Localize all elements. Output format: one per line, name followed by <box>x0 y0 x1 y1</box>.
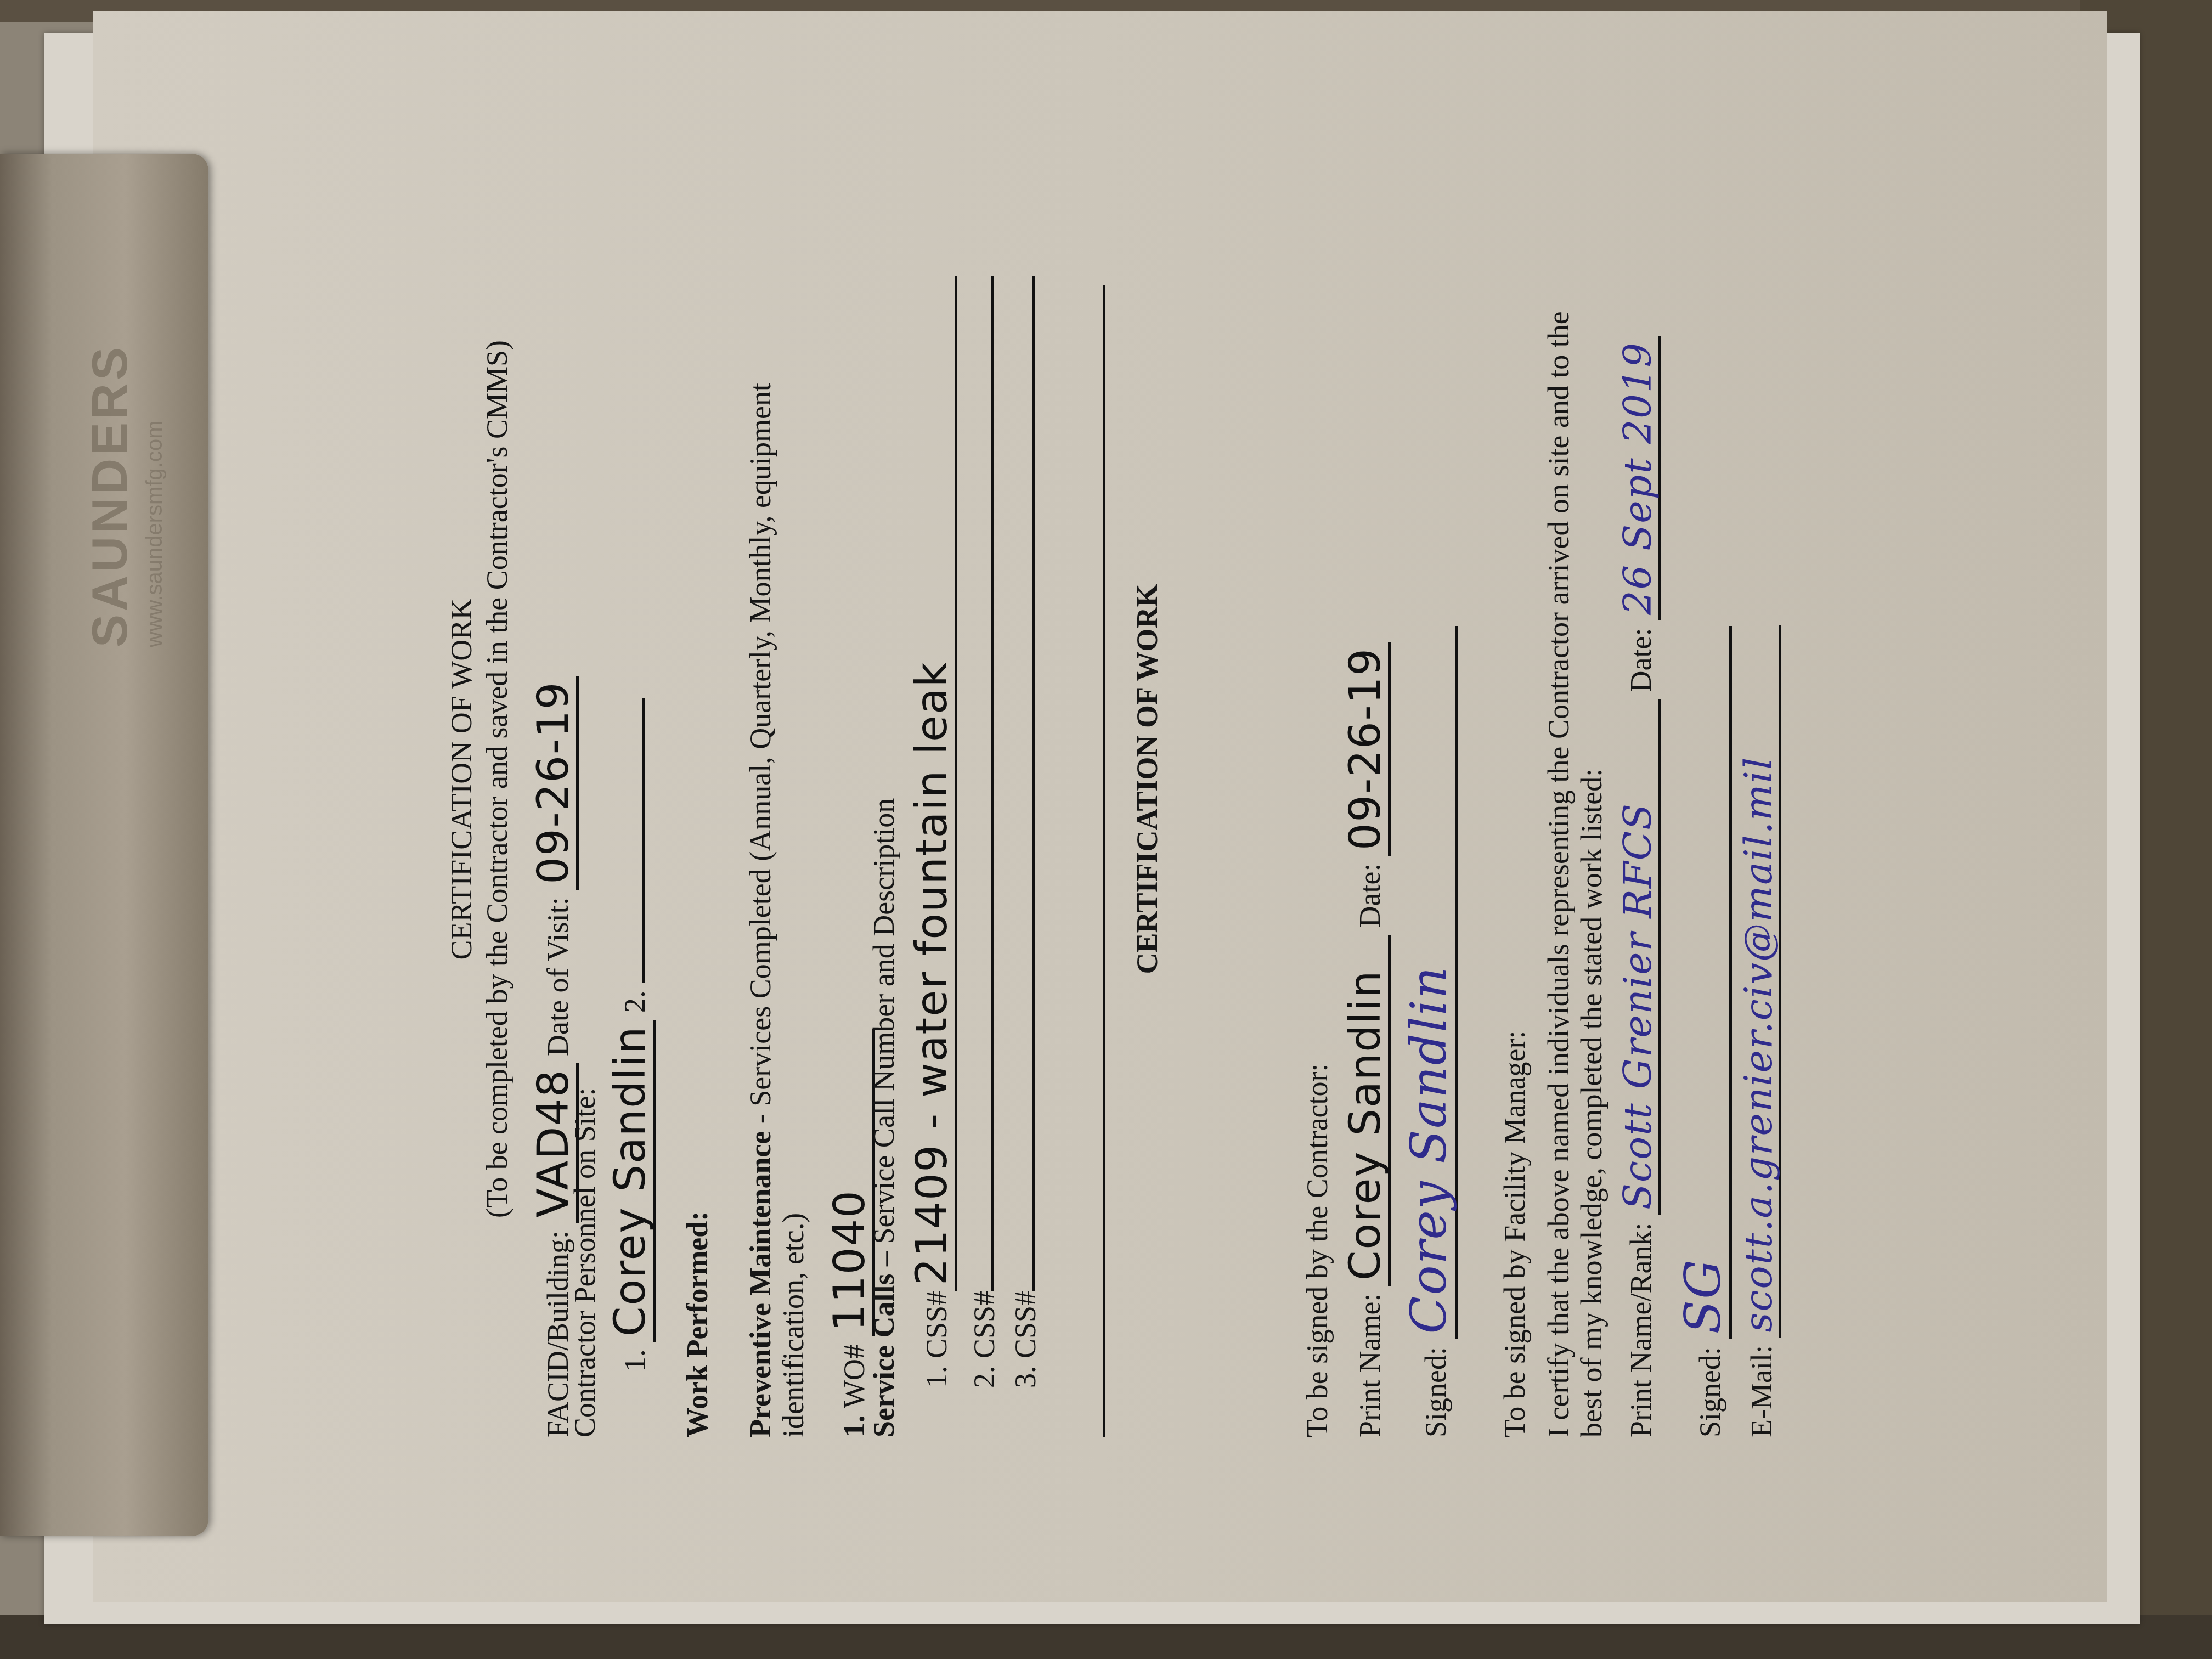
certification-form: CERTIFICATION OF WORK (To be completed b… <box>422 121 1904 1437</box>
form-subtitle: (To be completed by the Contractor and s… <box>480 121 514 1437</box>
contractor-heading: To be signed by the Contractor: <box>1300 1063 1334 1437</box>
contractor-signature[interactable]: Corey Sandlin <box>1404 626 1458 1339</box>
personnel-1-num: 1. <box>618 1350 651 1372</box>
css-1-label: CSS# <box>920 1291 953 1358</box>
personnel-2-field[interactable] <box>641 698 645 983</box>
contractor-date-field[interactable]: 09-26-19 <box>1344 642 1391 856</box>
manager-signature[interactable]: SG <box>1679 626 1732 1339</box>
wo-num: 1. <box>838 1415 871 1438</box>
visit-date-field[interactable]: 09-26-19 <box>532 676 579 890</box>
wo-label: WO# <box>838 1344 871 1408</box>
form-title: CERTIFICATION OF WORK <box>444 121 478 1437</box>
css-2-field[interactable] <box>957 276 994 1291</box>
css-row-2: 2. CSS# <box>957 276 1001 1388</box>
css-3-label: CSS# <box>1009 1291 1042 1358</box>
manager-certify-line2: best of my knowledge, completed the stat… <box>1575 769 1609 1437</box>
service-calls-label-rest: – Service Call Number and Description <box>867 798 900 1274</box>
contractor-signed-label: Signed: <box>1419 1347 1452 1437</box>
pm-label-rest: - Services Completed (Annual, Quarterly,… <box>744 383 777 1131</box>
manager-email-label: E-Mail: <box>1745 1345 1778 1437</box>
css-row-1: 1. CSS#21409 - water fountain leak <box>911 276 957 1388</box>
css-1-num: 1. <box>920 1366 953 1389</box>
visit-date-label: Date of Visit: <box>541 897 574 1056</box>
manager-email-field[interactable]: scott.a.grenier.civ@mail.mil <box>1739 625 1781 1338</box>
paper-sheet: CERTIFICATION OF WORK (To be completed b… <box>93 11 2107 1602</box>
css-2-label: CSS# <box>968 1291 1001 1358</box>
service-calls-label-bold: Service Calls <box>867 1274 900 1437</box>
section-divider <box>1103 285 1105 1437</box>
personnel-2-num: 2. <box>618 990 651 1013</box>
clipboard-clip: SAUNDERS www.saundersmfg.com <box>0 154 208 1536</box>
manager-heading: To be signed by Facility Manager: <box>1498 1030 1532 1437</box>
css-1-field[interactable]: 21409 - water fountain leak <box>911 276 957 1291</box>
manager-print-label: Print Name/Rank: <box>1624 1223 1657 1437</box>
manager-certify-line1: I certify that the above named individua… <box>1542 311 1576 1437</box>
contractor-print-label: Print Name: <box>1353 1294 1386 1437</box>
clipboard-brand: SAUNDERS <box>82 344 139 647</box>
personnel-label: Contractor Personnel on Site: <box>568 1088 602 1437</box>
manager-date-label: Date: <box>1624 628 1657 692</box>
manager-email-row: E-Mail: scott.a.grenier.civ@mail.mil <box>1739 625 1781 1437</box>
css-2-num: 2. <box>968 1366 1001 1389</box>
contractor-signed-row: Signed: Corey Sandlin <box>1404 626 1458 1437</box>
contractor-print-row: Print Name: Corey Sandlin Date: 09-26-19 <box>1344 642 1391 1437</box>
manager-date-field[interactable]: 26 Sept 2019 <box>1618 336 1661 620</box>
manager-signed-label: Signed: <box>1694 1347 1726 1437</box>
personnel-1-field[interactable]: Corey Sandlin <box>609 1020 656 1342</box>
manager-print-row: Print Name/Rank: Scott Grenier RFCS Date… <box>1618 336 1661 1437</box>
service-calls-label: Service Calls – Service Call Number and … <box>867 798 901 1437</box>
manager-print-field[interactable]: Scott Grenier RFCS <box>1618 699 1661 1215</box>
pm-label-line2: identification, etc.) <box>776 1213 810 1437</box>
contractor-date-label: Date: <box>1353 864 1386 928</box>
css-row-3: 3. CSS# <box>998 276 1042 1388</box>
css-3-num: 3. <box>1009 1366 1042 1389</box>
pm-label-bold: Preventive Maintenance <box>744 1131 777 1437</box>
work-performed-label: Work Performed: <box>680 1211 714 1437</box>
manager-signed-row: Signed: SG <box>1679 626 1732 1437</box>
css-3-field[interactable] <box>998 276 1035 1291</box>
cert-heading: CERTIFICATION OF WORK <box>1130 121 1164 1437</box>
pm-label: Preventive Maintenance - Services Comple… <box>743 383 777 1437</box>
contractor-print-field[interactable]: Corey Sandlin <box>1344 935 1391 1286</box>
clipboard-brand-url: www.saundersmfg.com <box>143 421 167 647</box>
personnel-row: 1. Corey Sandlin 2. <box>609 698 656 1372</box>
